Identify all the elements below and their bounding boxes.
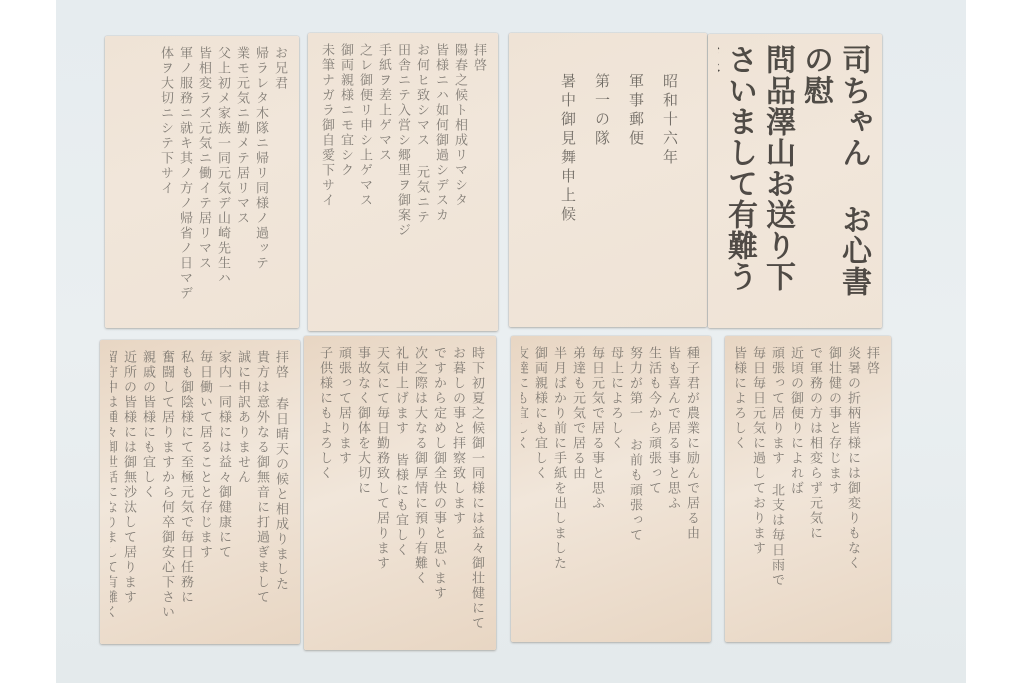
handwritten-text: 拝啓 炎暑の折柄皆様には御変りもなく 御壮健の事と存じます で軍務の方は相変らず… <box>735 346 881 632</box>
handwritten-text: 拝啓 陽春之候ト相成リマシタ 皆様ニハ如何御過シデスカ お何ヒ致シマス 元気ニテ… <box>318 43 488 321</box>
handwritten-text: お兄君 帰ラレタ木隊ニ帰リ同様ノ過ッテ 業モ元気ニ勤メテ居リマス 父上初メ家族一… <box>115 46 289 318</box>
postcard-bottom-4: 拝啓 炎暑の折柄皆様には御変りもなく 御壮健の事と存じます で軍務の方は相変らず… <box>725 336 891 642</box>
handwritten-text: 司ちゃん お心書の慰 問品澤山お送り下 さいまして有難う薬も とどきました又みな… <box>718 44 872 318</box>
postcard-top-2: 拝啓 陽春之候ト相成リマシタ 皆様ニハ如何御過シデスカ お何ヒ致シマス 元気ニテ… <box>308 33 498 331</box>
postcard-bottom-2: 時下初夏之候御一同様には益々御壮健にて お暮しの事と拝察致します ですから定めし… <box>304 336 496 650</box>
postcard-top-1: お兄君 帰ラレタ木隊ニ帰リ同様ノ過ッテ 業モ元気ニ勤メテ居リマス 父上初メ家族一… <box>105 36 299 328</box>
postcard-bottom-3: 種子君が農業に励んで居る由 皆も喜んで居る事と思ふ 生活も今から頑張って 努力が… <box>511 336 711 642</box>
postcard-top-3: 昭和十六年 軍事郵便 第一の隊 暑中御見舞申上候 <box>509 33 707 327</box>
handwritten-text: 拝啓 春日晴天の候と相成りました 貴方は意外なる御無音に打過ぎまして 誠に申訳あ… <box>110 350 290 634</box>
handwritten-text: 昭和十六年 軍事郵便 第一の隊 暑中御見舞申上候 <box>539 73 687 307</box>
postcard-bottom-1: 拝啓 春日晴天の候と相成りました 貴方は意外なる御無音に打過ぎまして 誠に申訳あ… <box>100 340 300 644</box>
postcard-top-4: 司ちゃん お心書の慰 問品澤山お送り下 さいまして有難う薬も とどきました又みな… <box>708 34 882 328</box>
handwritten-text: 時下初夏之候御一同様には益々御壮健にて お暮しの事と拝察致します ですから定めし… <box>314 346 486 640</box>
handwritten-text: 種子君が農業に励んで居る由 皆も喜んで居る事と思ふ 生活も今から頑張って 努力が… <box>521 346 701 632</box>
